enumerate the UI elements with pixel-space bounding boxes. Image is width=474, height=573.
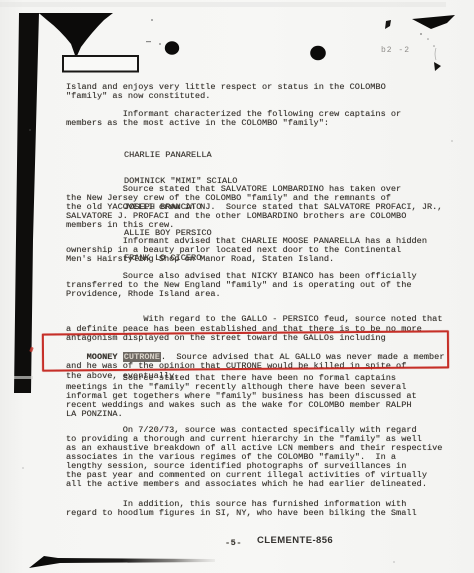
speck	[420, 33, 422, 35]
hierarchy-paragraph: On 7/20/73, source was contacted specifi…	[66, 426, 442, 489]
page-number: -5-	[225, 538, 242, 548]
gallo-feud-lines-before: With regard to the GALLO - PERSICO feud,…	[66, 314, 442, 343]
panarella-paragraph: Informant advised that CHARLIE MOOSE PAN…	[66, 237, 427, 264]
crew-name: CHARLIE PANARELLA	[124, 151, 237, 160]
classification-marking: b2 -2	[381, 46, 410, 55]
speck	[159, 43, 161, 45]
captains-paragraph: Source stated that there have been no fo…	[66, 374, 417, 419]
scan-edge-bar	[14, 13, 39, 393]
speck	[146, 41, 151, 42]
pen-mark	[385, 20, 391, 29]
informant-paragraph: Informant characterized the following cr…	[66, 110, 401, 128]
arrow-speck	[434, 62, 441, 71]
document-scan-page: b2 -2 Island and enjoys very little resp…	[0, 0, 474, 573]
speck	[451, 140, 453, 142]
speck	[427, 38, 429, 40]
speck-curve	[435, 48, 436, 60]
corner-wedge	[412, 15, 455, 29]
document-stamp: CLEMENTE-856	[257, 535, 333, 546]
ink-dot	[310, 46, 326, 60]
intro-paragraph: Island and enjoys very little respect or…	[66, 83, 386, 101]
scan-edge-bar-notch	[14, 376, 33, 379]
addition-paragraph: In addition, this source has furnished i…	[66, 500, 417, 518]
bottom-wedge	[29, 556, 215, 568]
lombardino-paragraph: Source stated that SALVATORE LOMBARDINO …	[66, 185, 442, 230]
empty-box-outline	[63, 56, 138, 72]
speck	[22, 467, 24, 469]
redaction-blob	[38, 13, 113, 58]
speck	[433, 45, 435, 47]
speck	[151, 19, 153, 21]
ink-dot	[165, 41, 179, 55]
speck	[393, 561, 395, 563]
speck	[29, 129, 31, 131]
bianco-paragraph: Source also advised that NICKY BIANCO ha…	[66, 272, 417, 299]
